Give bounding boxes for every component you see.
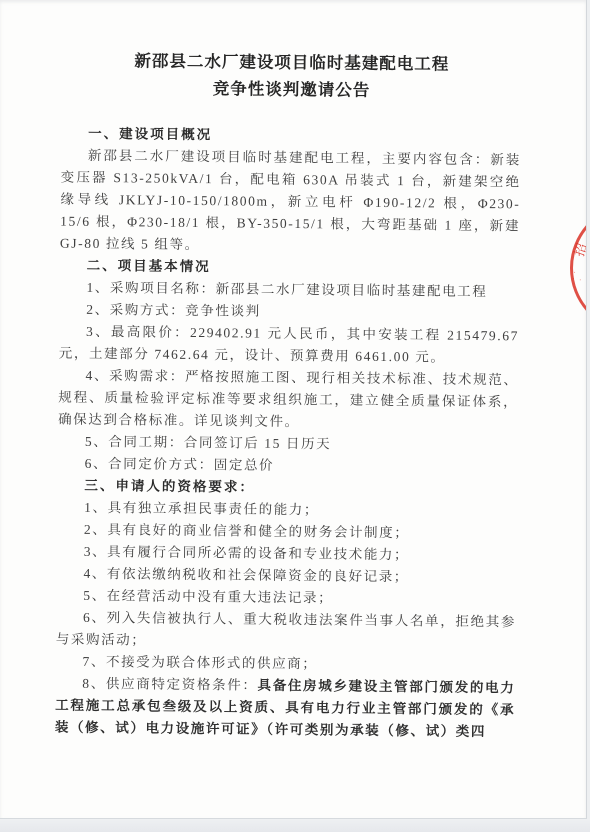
document-title-line2: 竞争性谈判邀请公告 bbox=[61, 75, 521, 107]
item-price-ceiling: 3、最高限价：229402.91 元人民币，其中安装工程 215479.67 元… bbox=[59, 321, 519, 370]
document-title: 新邵县二水厂建设项目临时基建配电工程 竞争性谈判邀请公告 bbox=[61, 48, 522, 107]
project-overview-paragraph: 新邵县二水厂建设项目临时基建配电工程，主要内容包含：新装变压器 S13-250k… bbox=[60, 145, 521, 260]
qualification-item-6: 6、列入失信被执行人、重大税收违法案件当事人名单，拒绝其参与采购活动； bbox=[56, 607, 516, 656]
qualification-item-8-lead: 8、供应商特定资格条件： bbox=[82, 676, 257, 693]
scan-bottom-edge bbox=[0, 819, 590, 832]
scanned-document-page: 新邵县二水厂建设项目临时基建配电工程 竞争性谈判邀请公告 一、建设项目概况 新邵… bbox=[0, 0, 587, 819]
item-procurement-requirements: 4、采购需求：严格按照施工图、现行相关技术标准、技术规范、规程、质量检验评定标准… bbox=[58, 365, 519, 436]
document-body: 新邵县二水厂建设项目临时基建配电工程 竞争性谈判邀请公告 一、建设项目概况 新邵… bbox=[55, 48, 522, 744]
qualification-item-8: 8、供应商特定资格条件：具备住房城乡建设主管部门颁发的电力工程施工总承包叁级及以… bbox=[55, 673, 516, 744]
